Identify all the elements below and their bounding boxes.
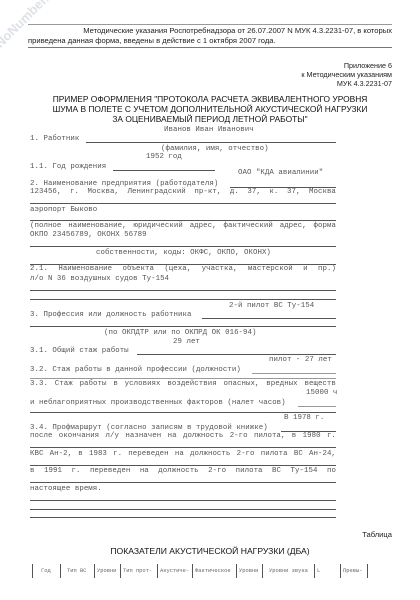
employer-hint-end: собственности, коды: ОКФС, ОКПО, ОКОНХ): [96, 249, 271, 257]
object-label: 2.1. Наименование объекта (цеха, участка…: [30, 265, 336, 273]
word: в: [78, 450, 83, 458]
word: д.: [230, 188, 239, 196]
object-value: л/о N 36 воздушных судов Ту-154: [30, 275, 169, 283]
profession-field-2[interactable]: [30, 326, 336, 327]
word: и: [303, 265, 308, 273]
word: воздействия: [167, 380, 216, 388]
word: переведен: [90, 467, 130, 475]
word: 3.3.: [30, 380, 48, 388]
word: (цеха,: [164, 265, 191, 273]
appendix-reference: к Методическим указаниям: [301, 70, 392, 79]
word: 123456,: [30, 188, 61, 196]
word: Ан-2,: [50, 450, 72, 458]
employer-address-field-1[interactable]: [30, 203, 336, 204]
worker-name-field[interactable]: [86, 142, 336, 143]
notice-top-rule: [28, 24, 392, 25]
word: переведен: [128, 450, 168, 458]
word: ВС: [272, 467, 281, 475]
career-field-2[interactable]: [30, 465, 336, 466]
word: фактический: [223, 222, 272, 230]
acoustic-load-table-header: Год Тип ВС Уровни Тип прот- Акустиче- Фа…: [32, 564, 368, 578]
total-experience-field[interactable]: [137, 354, 336, 355]
career-first-value: В 1978 г.: [284, 414, 324, 422]
career-field-4[interactable]: [30, 500, 336, 501]
document-title-line-1: ПРИМЕР ОФОРМЛЕНИЯ "ПРОТОКОЛА РАСЧЕТА ЭКВ…: [0, 94, 420, 104]
column-header-excess: Превы-: [340, 564, 368, 578]
word: 37,: [247, 188, 260, 196]
employer-codes-field[interactable]: [30, 246, 336, 247]
document-title-line-3: ЗА ОЦЕНИВАЕМЫЙ ПЕРИОД ЛЕТНОЙ РАБОТЫ": [0, 114, 420, 124]
word: Москва: [309, 188, 336, 196]
hazard-experience-label-2: и неблагоприятных производственных факто…: [30, 399, 286, 407]
word: на: [175, 450, 184, 458]
employer-address-line-2: аэропорт Быково: [30, 206, 97, 214]
word: пр.): [318, 265, 336, 273]
career-last-line: настоящее время.: [30, 485, 102, 493]
word: опасных,: [224, 380, 260, 388]
word: адрес,: [190, 222, 217, 230]
word: пилота,: [254, 432, 285, 440]
birth-year-field[interactable]: [113, 170, 215, 171]
word: г.: [70, 188, 79, 196]
word: условиях: [125, 380, 161, 388]
employer-codes: ОКПО 23456789, ОКОНХ 56789: [30, 231, 147, 239]
word: участка,: [202, 265, 238, 273]
word: в: [292, 432, 297, 440]
notice-line-1: Методические указания Роспотребнадзора о…: [28, 26, 392, 35]
word: Стаж: [55, 380, 73, 388]
word: 2-го: [230, 432, 248, 440]
employer-label: 2. Наименование предприятия (работодател…: [30, 180, 218, 188]
word: адрес,: [280, 222, 307, 230]
word: 37,: [287, 188, 300, 196]
word: пилота: [236, 467, 263, 475]
word: Ан-24,: [309, 450, 336, 458]
worker-hint: (фамилия, имя, отчество): [161, 145, 269, 153]
total-experience-label: 3.1. Общий стаж работы: [30, 347, 129, 355]
column-header-protection-type: Тип прот-: [120, 564, 157, 578]
notice-text-2: приведена данная форма, введены в действ…: [28, 36, 276, 45]
word: Ленинградский: [127, 188, 185, 196]
employer-address-field-2[interactable]: [30, 220, 336, 221]
column-header-aircraft-type: Тип ВС: [60, 564, 94, 578]
column-header-sound-levels: Уровни звука: [262, 564, 314, 578]
employer-hint: (полное наименование, юридический адрес,…: [30, 222, 336, 230]
career-field-1[interactable]: [30, 447, 336, 448]
word: г.: [113, 450, 122, 458]
word: 1991: [44, 467, 62, 475]
employer-value: ОАО "КДА авиалинии": [238, 169, 323, 177]
career-field-3[interactable]: [30, 482, 336, 483]
hazard-experience-field[interactable]: [298, 406, 336, 407]
word: л/у: [106, 432, 119, 440]
object-field-2[interactable]: [30, 299, 336, 300]
notice-text-1: Методические указания Роспотребнадзора о…: [83, 26, 392, 35]
column-header-levels: Уровни: [94, 564, 120, 578]
hazard-experience-label: 3.3. Стаж работы в условиях воздействия …: [30, 380, 336, 388]
hazard-experience-value: 15000 ч: [306, 389, 337, 397]
career-line-1: после окончания л/у назначен на должност…: [30, 432, 336, 440]
employer-address: 123456, г. Москва, Ленинградский пр-кт, …: [30, 188, 336, 196]
word: по: [327, 467, 336, 475]
appendix-number: Приложение 6: [344, 61, 392, 70]
profession-label: 3. Профессия или должность работника: [30, 311, 191, 319]
profession-experience-field[interactable]: [252, 373, 336, 374]
word: пр-кт,: [194, 188, 221, 196]
column-header-year: Год: [32, 564, 60, 578]
word: объекта: [123, 265, 154, 273]
word: в: [30, 467, 35, 475]
separator: [30, 378, 336, 379]
document-title-line-2: ШУМА В ПОЛЕТЕ С УЧЕТОМ ДОПОЛНИТЕЛЬНОЙ АК…: [0, 104, 420, 114]
career-label: 3.4. Профмаршрут (согласно записям в тру…: [30, 424, 268, 432]
word: должность: [183, 432, 223, 440]
word: после: [30, 432, 52, 440]
word: наименование,: [68, 222, 126, 230]
word: Ту-154: [291, 467, 318, 475]
column-header-actual: Фактическое: [192, 564, 236, 578]
profession-hint: (по ОКПДТР или по ОКПРД ОК 016-94): [104, 329, 257, 337]
word: назначен: [125, 432, 161, 440]
appendix-code: МУК 4.3.2231-07: [337, 79, 392, 88]
word: 2-го: [208, 467, 226, 475]
total-experience-value: 29 лет: [173, 338, 200, 346]
word: в: [113, 380, 118, 388]
word: вредных: [266, 380, 297, 388]
word: Москва,: [88, 188, 119, 196]
profession-experience-value: пилот - 27 лет: [269, 356, 332, 364]
word: 2-го: [237, 450, 255, 458]
word: 2.1.: [30, 265, 48, 273]
column-header-levels-2: Уровни: [236, 564, 262, 578]
object-field-1[interactable]: [30, 290, 336, 291]
table-title: ПОКАЗАТЕЛИ АКУСТИЧЕСКОЙ НАГРУЗКИ (ДБА): [0, 546, 420, 556]
career-field-5[interactable]: [30, 509, 336, 510]
word: веществ: [304, 380, 335, 388]
word: окончания: [59, 432, 99, 440]
word: к.: [269, 188, 278, 196]
word: на: [168, 432, 177, 440]
word: (полное: [30, 222, 61, 230]
notice-bottom-rule: [28, 47, 392, 48]
worker-name-value: Иванов Иван Иванович: [164, 126, 254, 134]
word: г.: [71, 467, 80, 475]
word: форма: [314, 222, 336, 230]
word: Наименование: [58, 265, 112, 273]
word: должность: [190, 450, 230, 458]
profession-field[interactable]: [202, 318, 336, 319]
word: ВС: [294, 450, 303, 458]
table-label: Таблица: [362, 530, 392, 539]
word: 1980: [303, 432, 321, 440]
word: пилота: [261, 450, 288, 458]
notice-line-2: приведена данная форма, введены в действ…: [28, 36, 276, 45]
word: на: [140, 467, 149, 475]
birth-year-value: 1952 год: [146, 153, 182, 161]
word: 1983: [89, 450, 107, 458]
word: должность: [158, 467, 198, 475]
word: работы: [80, 380, 107, 388]
column-header-acoustic: Акустиче-: [157, 564, 192, 578]
career-line-3: в 1991 г. переведен на должность 2-го пи…: [30, 467, 336, 475]
word: юридический: [133, 222, 182, 230]
word: г.: [327, 432, 336, 440]
worker-label: 1. Работник: [30, 135, 79, 143]
profession-value: 2-й пилот ВС Ту-154: [229, 302, 314, 310]
column-header-l: L: [314, 564, 340, 578]
profession-experience-label: 3.2. Стаж работы в данной профессии (дол…: [30, 366, 241, 374]
birth-year-label: 1.1. Год рождения: [30, 163, 106, 171]
career-field-6[interactable]: [30, 517, 336, 518]
separator: [30, 412, 336, 413]
word: мастерской: [248, 265, 293, 273]
word: КВС: [30, 450, 43, 458]
career-line-2: КВС Ан-2, в 1983 г. переведен на должнос…: [30, 450, 336, 458]
